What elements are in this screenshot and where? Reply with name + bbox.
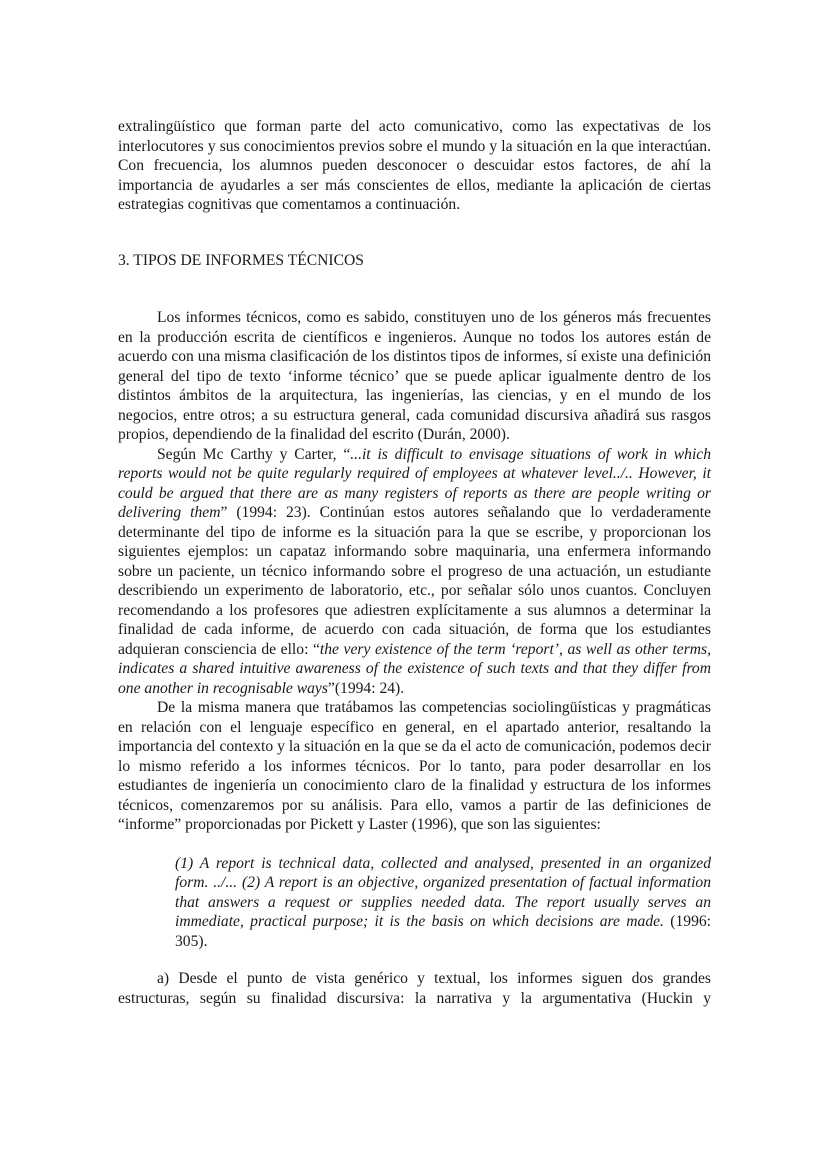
paragraph-lead: Según Mc Carthy y Carter, “ <box>157 446 350 463</box>
block-quote-text: (1) A report is technical data, collecte… <box>175 855 711 931</box>
block-quote-pickett-laster: (1) A report is technical data, collecte… <box>175 854 711 952</box>
paragraph-tail: ”(1994: 24). <box>328 680 404 697</box>
paragraph-punto-de-vista: a) Desde el punto de vista genérico y te… <box>118 969 711 1008</box>
intro-paragraph: extralingüístico que forman parte del ac… <box>118 117 711 215</box>
paragraph-informes-tecnicos: Los informes técnicos, como es sabido, c… <box>118 308 711 445</box>
section-heading: 3. TIPOS DE INFORMES TÉCNICOS <box>118 251 711 271</box>
paragraph-mccarthy-carter: Según Mc Carthy y Carter, “...it is diff… <box>118 445 711 699</box>
paragraph-competencias: De la misma manera que tratábamos las co… <box>118 698 711 835</box>
paragraph-middle: ” (1994: 23). Continúan estos autores se… <box>118 504 711 658</box>
document-page: extralingüístico que forman parte del ac… <box>118 117 711 1008</box>
